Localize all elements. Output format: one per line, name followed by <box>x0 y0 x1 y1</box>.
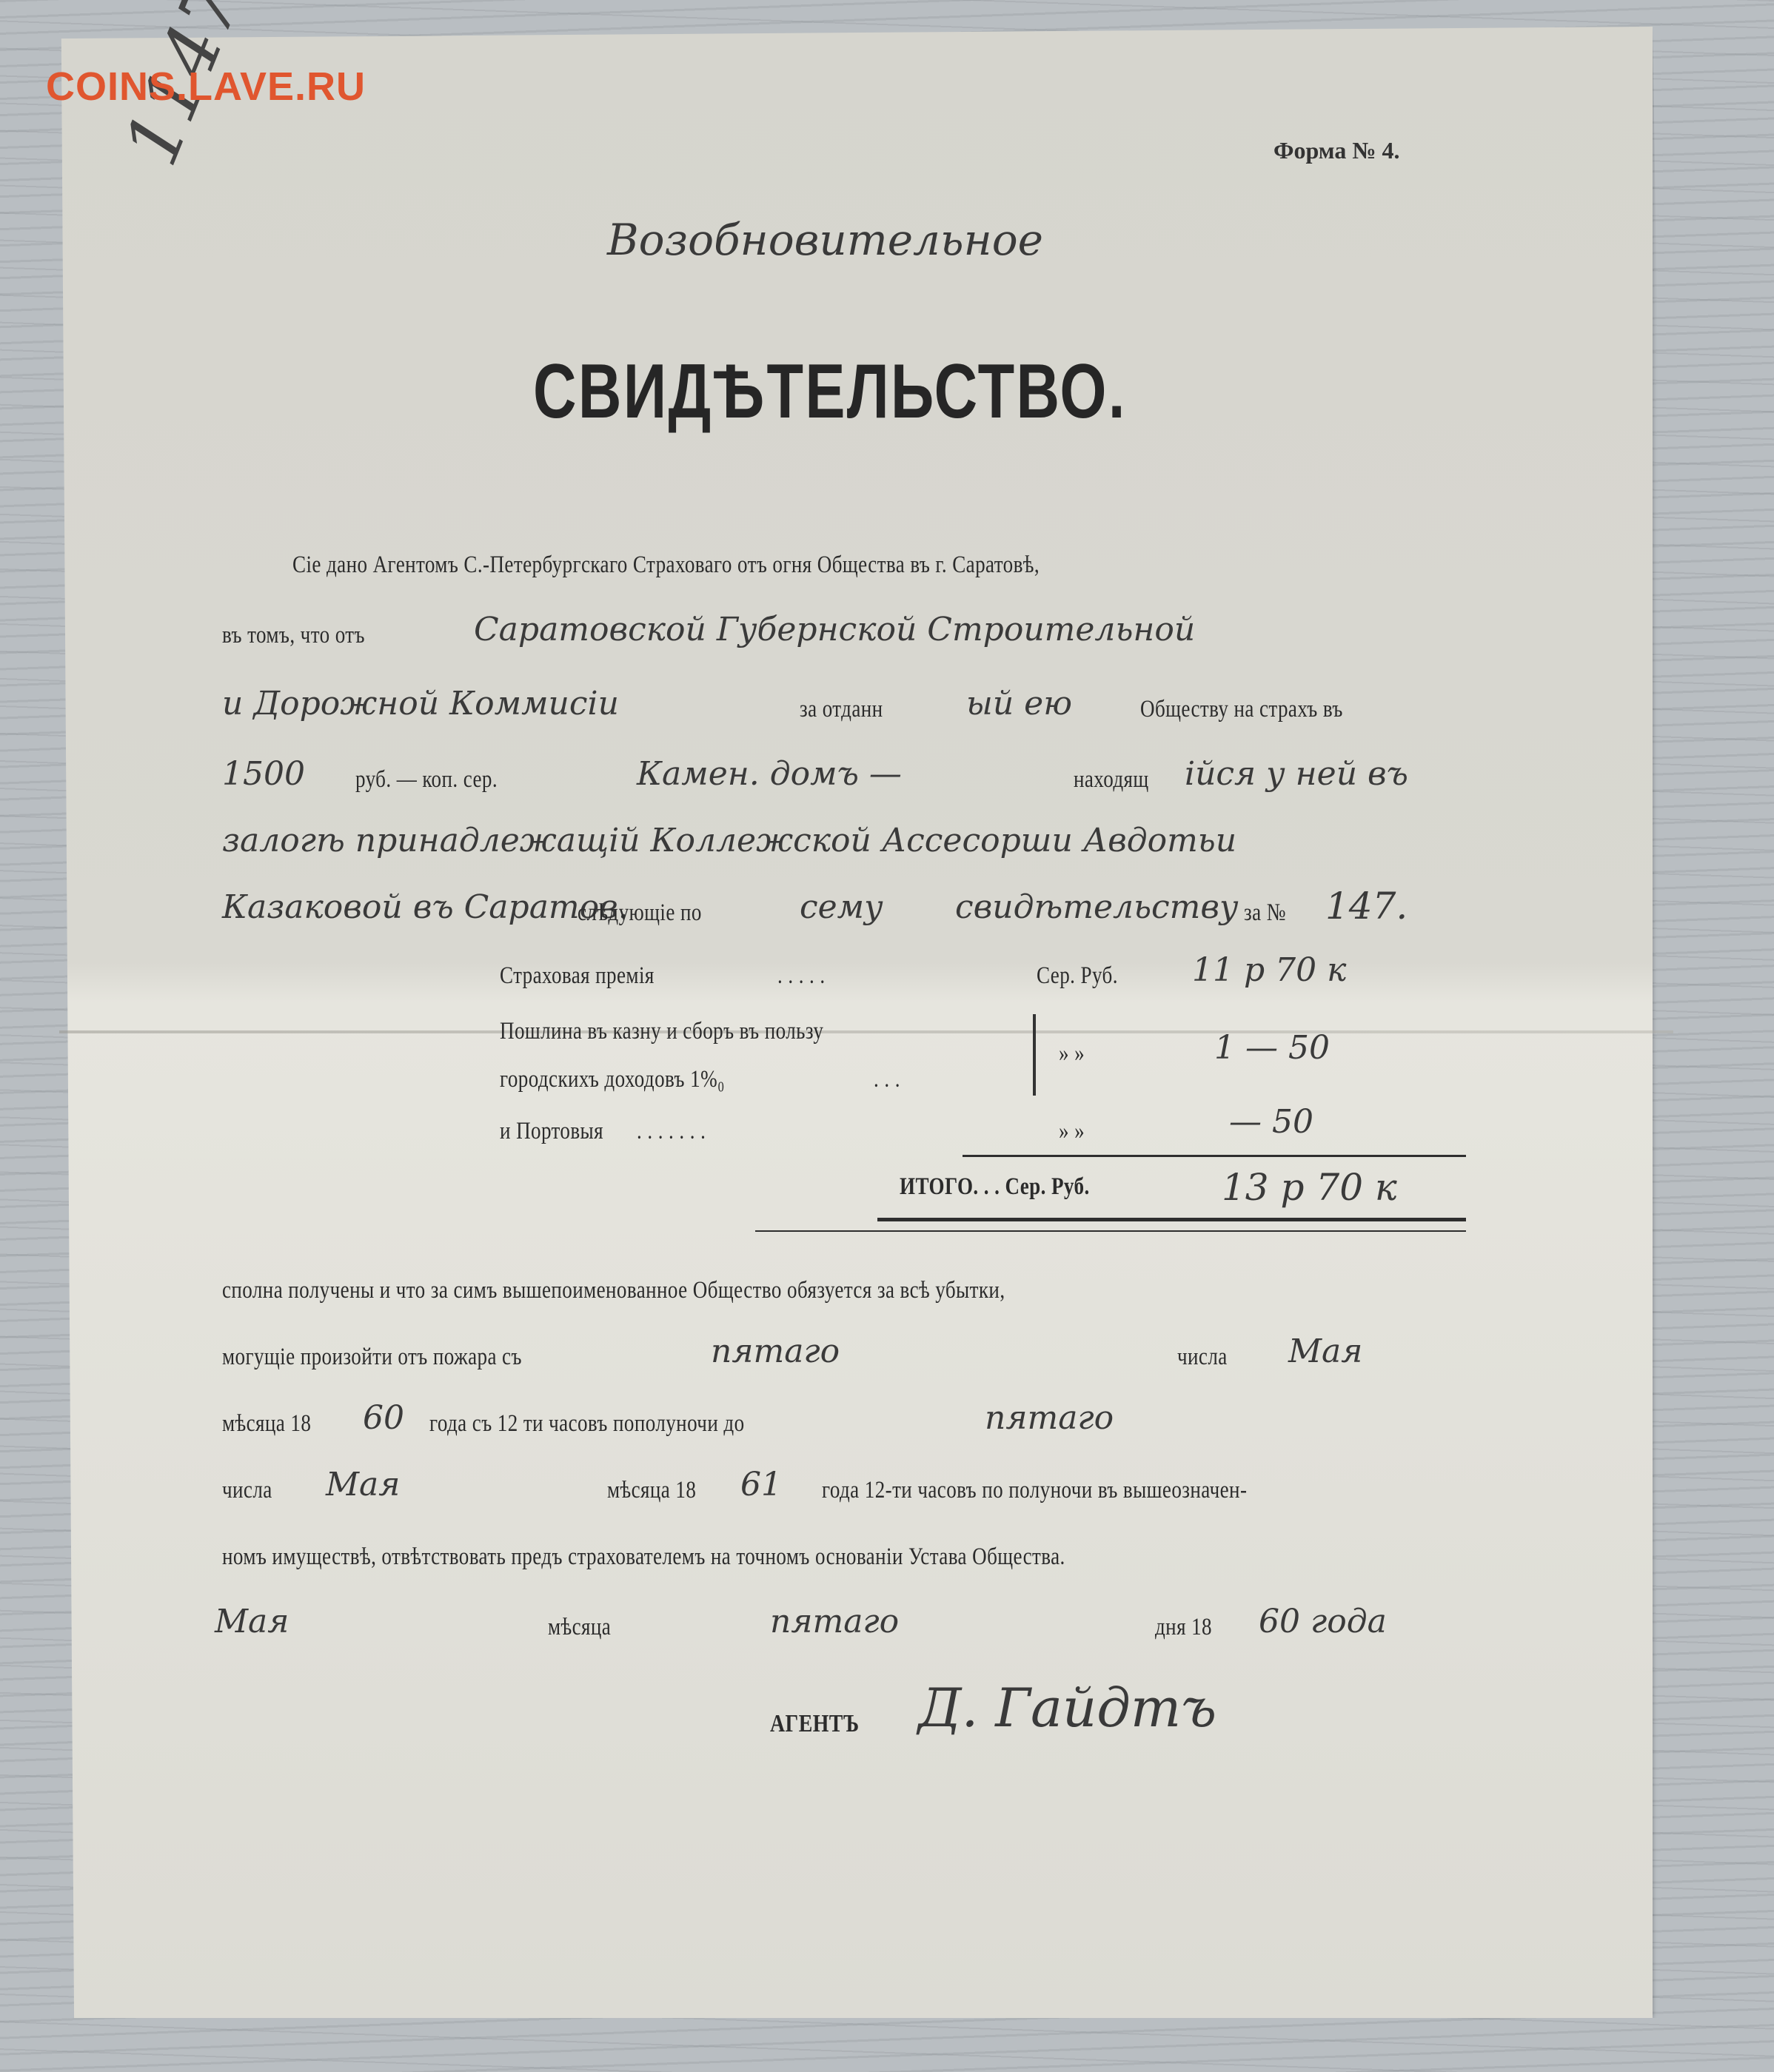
end-day: пятаго <box>985 1399 1114 1437</box>
fee-dots-port: . . . . . . . <box>637 1118 706 1145</box>
obligation-line-4-print-c: года 12-ти часовъ по полуночи въ вышеозн… <box>822 1477 1247 1504</box>
total-double-rule-top <box>877 1218 1466 1221</box>
body-line-6-hand-b: сему <box>800 888 883 926</box>
fee-brace <box>1033 1014 1036 1096</box>
obligation-line-5: номъ имуществѣ, отвѣтствовать предъ стра… <box>222 1543 1065 1571</box>
fee-value-port: — 50 <box>1229 1103 1313 1141</box>
fee-label-port: и Портовыя <box>500 1118 603 1145</box>
body-line-3-print-b: Обществу на страхъ въ <box>1140 696 1343 723</box>
body-line-6-hand-c: свидѣтельству <box>955 888 1239 926</box>
body-line-4-print-b: находящ <box>1074 766 1149 794</box>
obligation-line-4-print-b: мѣсяца 18 <box>607 1477 696 1504</box>
obligation-line-1: сполна получены и что за симъ вышепоимен… <box>222 1277 1005 1304</box>
total-value: 13 р 70 к <box>1222 1166 1397 1209</box>
body-line-4-hand-c: ійся у ней въ <box>1185 755 1408 793</box>
start-day: пятаго <box>711 1332 840 1370</box>
issue-year: 60 года <box>1259 1603 1387 1640</box>
end-month: Мая <box>326 1466 400 1503</box>
body-line-2-print: въ томъ, что отъ <box>222 622 365 649</box>
body-line-4-print-a: руб. — коп. сер. <box>355 766 498 794</box>
fee-value-premium: 11 р 70 к <box>1192 951 1346 989</box>
start-year: 60 <box>363 1399 404 1437</box>
property-description: Камен. домъ — <box>637 755 902 793</box>
fee-dots-premium: . . . . . <box>777 962 826 990</box>
start-month: Мая <box>1288 1332 1362 1370</box>
page-title: СВИДѢТЕЛЬСТВО. <box>533 348 1127 436</box>
total-label: ИТОГО. . . Сер. Руб. <box>900 1173 1090 1201</box>
obligation-line-2-print-a: могущіе произойти отъ пожара съ <box>222 1344 522 1371</box>
body-line-6-hand-a: Казаковой въ Саратов. <box>222 888 629 926</box>
fee-label-duty: Пошлина въ казну и сборъ въ пользу <box>500 1018 823 1045</box>
issue-month: Мая <box>215 1603 289 1640</box>
obligation-line-4-print-a: числа <box>222 1477 272 1504</box>
issue-day: пятаго <box>770 1603 899 1640</box>
obligation-line-3-print-a: мѣсяца 18 <box>222 1410 311 1438</box>
body-line-3-hand-a: и Дорожной Коммисіи <box>222 685 619 722</box>
body-line-6-print-a: слѣдующіе по <box>578 899 702 927</box>
end-year: 61 <box>740 1466 782 1503</box>
fee-unit-duty: » » <box>1059 1040 1085 1067</box>
paper-fold-line <box>59 1030 1673 1033</box>
body-line-3-hand-b: ый ею <box>966 685 1072 722</box>
issue-month-label: мѣсяца <box>548 1614 611 1641</box>
agent-label: АГЕНТЪ <box>770 1710 860 1738</box>
form-number: Форма № 4. <box>1273 137 1400 164</box>
insured-amount: 1500 <box>222 755 305 793</box>
fee-label-premium: Страховая премія <box>500 962 655 990</box>
obligation-line-2-print-b: числа <box>1177 1344 1228 1371</box>
total-double-rule-bottom <box>755 1230 1466 1232</box>
fee-dots-city: . . . <box>874 1066 900 1093</box>
fee-label-city: городскихъ доходовъ 1%₀ <box>500 1066 725 1093</box>
handwritten-heading: Возобновительное <box>607 215 1043 265</box>
fee-unit-premium: Сер. Руб. <box>1037 962 1118 990</box>
fee-unit-port: » » <box>1059 1118 1085 1145</box>
agent-signature: Д. Гайдтъ <box>918 1677 1216 1739</box>
certificate-number: 147. <box>1325 885 1408 928</box>
body-line-1: Сіе дано Агентомъ С.-Петербургскаго Стра… <box>292 551 1040 579</box>
subtotal-rule <box>963 1155 1466 1157</box>
obligation-line-3-print-b: года съ 12 ти часовъ пополуночи до <box>429 1410 745 1438</box>
issue-day-label: дня 18 <box>1155 1614 1212 1641</box>
body-line-2-hand: Саратовской Губернской Строительной <box>474 611 1195 648</box>
body-line-5-hand: залогѣ принадлежащій Коллежской Ассесорш… <box>222 822 1236 859</box>
body-line-6-print-b: за № <box>1244 899 1286 927</box>
body-line-3-print-a: за отданн <box>800 696 883 723</box>
watermark: COINS.LAVE.RU <box>46 64 366 110</box>
fee-value-duty: 1 — 50 <box>1214 1029 1330 1067</box>
